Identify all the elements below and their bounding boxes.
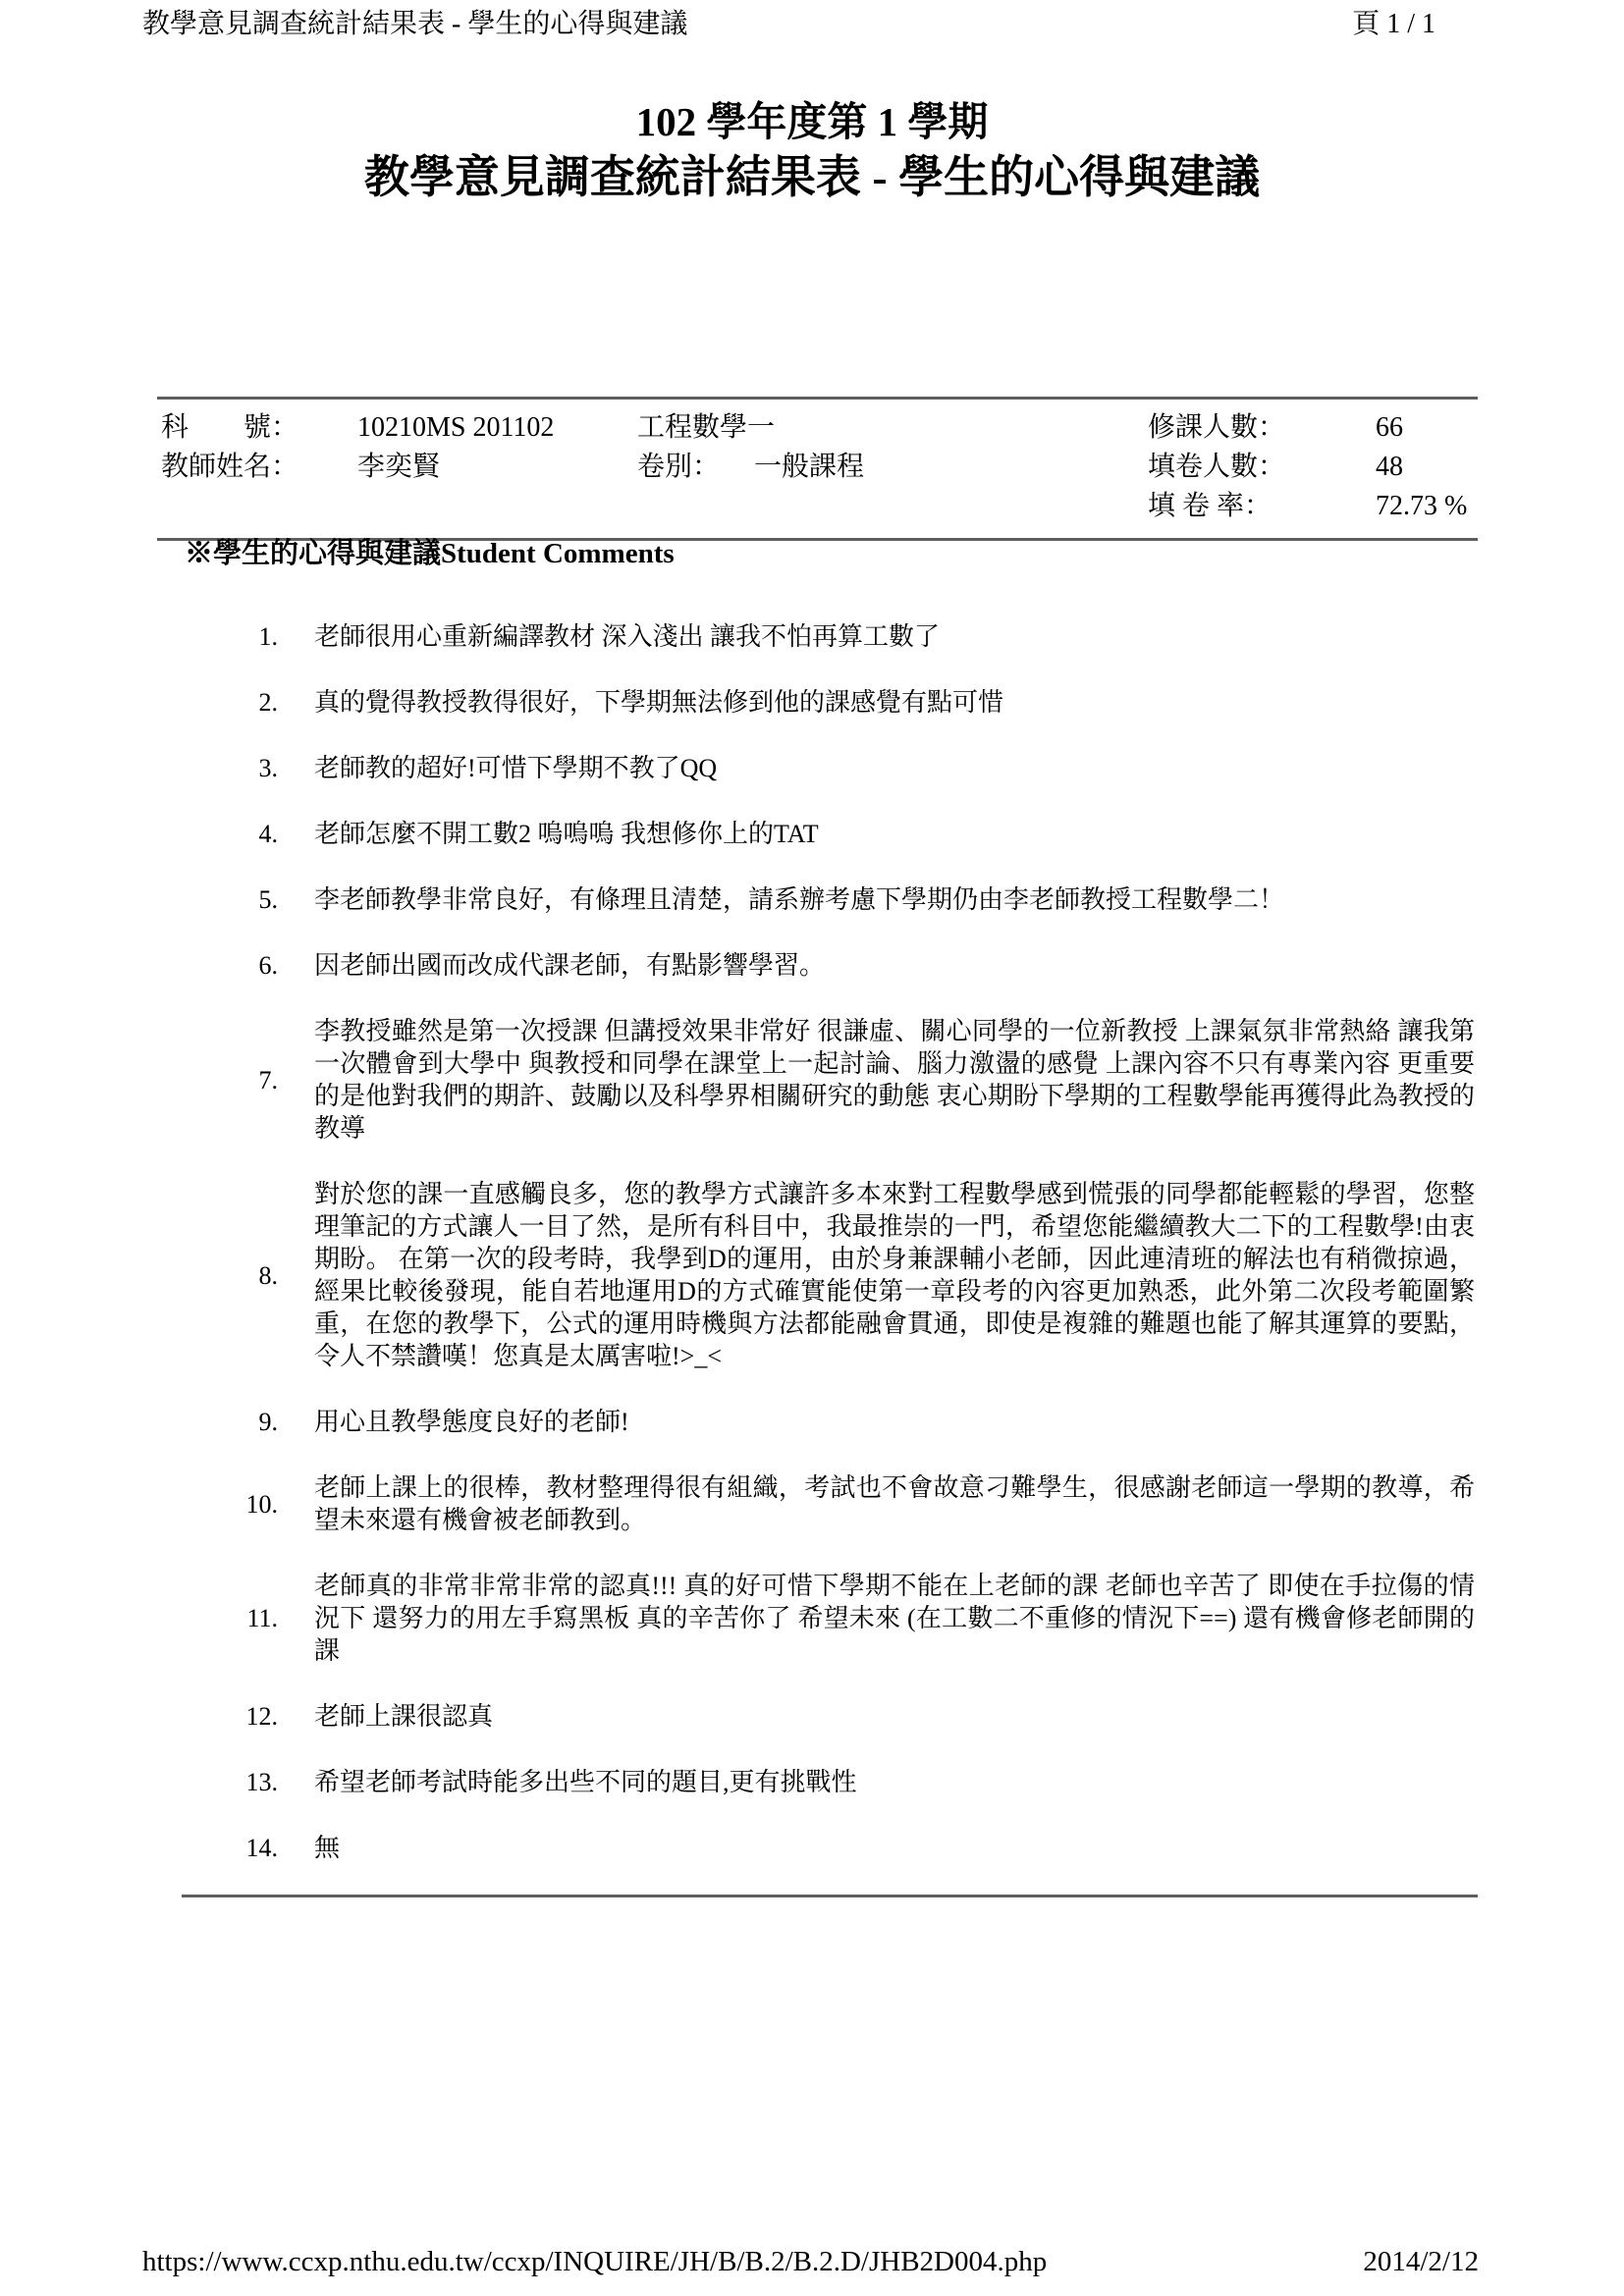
- comment-item: 12. 老師上課很認真: [187, 1700, 1475, 1733]
- comment-text: 因老師出國而改成代課老師，有點影響學習。: [314, 949, 1475, 982]
- comment-number: 7.: [187, 1064, 278, 1096]
- comment-number: 6.: [187, 949, 278, 982]
- comment-number: 9.: [187, 1406, 278, 1438]
- responses-value: 48: [1376, 448, 1478, 487]
- comment-number: 3.: [187, 752, 278, 784]
- spacer-cell: [637, 487, 1148, 526]
- comment-text: 希望老師考試時能多出些不同的題目,更有挑戰性: [314, 1766, 1475, 1798]
- info-row-teacher: 教師姓名： 李奕賢 卷別： 一般課程 填卷人數： 48: [157, 448, 1478, 487]
- comment-item: 4. 老師怎麼不開工數2 嗚嗚嗚 我想修你上的TAT: [187, 818, 1475, 850]
- comment-number: 11.: [187, 1602, 278, 1634]
- comment-item: 11. 老師真的非常非常非常的認真!!! 真的好可惜下學期不能在上老師的課 老師…: [187, 1570, 1475, 1667]
- info-row-rate: 填 卷 率： 72.73 %: [157, 487, 1478, 526]
- response-rate-value: 72.73 %: [1376, 487, 1478, 526]
- comment-item: 9. 用心且教學態度良好的老師!: [187, 1406, 1475, 1438]
- comment-item: 1. 老師很用心重新編譯教材 深入淺出 讓我不怕再算工數了: [187, 620, 1475, 653]
- comment-text: 對於您的課一直感觸良多，您的教學方式讓許多本來對工程數學感到慌張的同學都能輕鬆的…: [314, 1178, 1475, 1372]
- comment-item: 6. 因老師出國而改成代課老師，有點影響學習。: [187, 949, 1475, 982]
- running-header-title: 教學意見調查統計結果表 - 學生的心得與建議: [142, 8, 687, 41]
- course-no-label: 科 號：: [157, 408, 357, 448]
- teacher-name: 李奕賢: [357, 448, 637, 487]
- comment-text: 李教授雖然是第一次授課 但講授效果非常好 很謙虛、關心同學的一位新教授 上課氣氛…: [314, 1015, 1475, 1145]
- section-end-rule: [182, 1895, 1478, 1897]
- source-url: https://www.ccxp.nthu.edu.tw/ccxp/INQUIR…: [142, 2244, 1047, 2279]
- comment-text: 老師怎麼不開工數2 嗚嗚嗚 我想修你上的TAT: [314, 818, 1475, 850]
- page-indicator: 頁 1 / 1: [1352, 8, 1435, 41]
- comment-item: 7. 李教授雖然是第一次授課 但講授效果非常好 很謙虛、關心同學的一位新教授 上…: [187, 1015, 1475, 1145]
- comment-number: 10.: [187, 1488, 278, 1521]
- comment-number: 5.: [187, 883, 278, 916]
- enrolled-value: 66: [1376, 408, 1478, 448]
- comment-item: 2. 真的覺得教授教得很好，下學期無法修到他的課感覺有點可惜: [187, 686, 1475, 719]
- spacer-cell: [157, 487, 357, 526]
- comment-item: 10. 老師上課上的很棒，教材整理得很有組織，考試也不會故意刁難學生，很感謝老師…: [187, 1471, 1475, 1536]
- running-footer: https://www.ccxp.nthu.edu.tw/ccxp/INQUIR…: [142, 2244, 1479, 2279]
- comment-text: 老師很用心重新編譯教材 深入淺出 讓我不怕再算工數了: [314, 620, 1475, 653]
- comment-number: 12.: [187, 1700, 278, 1733]
- responses-label: 填卷人數：: [1148, 448, 1376, 487]
- comment-number: 2.: [187, 686, 278, 719]
- comment-text: 老師真的非常非常非常的認真!!! 真的好可惜下學期不能在上老師的課 老師也辛苦了…: [314, 1570, 1475, 1667]
- comment-text: 老師上課上的很棒，教材整理得很有組織，考試也不會故意刁難學生，很感謝老師這一學期…: [314, 1471, 1475, 1536]
- course-info-table: 科 號： 10210MS 201102 工程數學一 修課人數： 66 教師姓名：…: [157, 397, 1478, 541]
- comment-text: 真的覺得教授教得很好，下學期無法修到他的課感覺有點可惜: [314, 686, 1475, 719]
- spacer-cell: [357, 487, 637, 526]
- comment-item: 8. 對於您的課一直感觸良多，您的教學方式讓許多本來對工程數學感到慌張的同學都能…: [187, 1178, 1475, 1372]
- comment-item: 14. 無: [187, 1832, 1475, 1864]
- survey-type-cell: 卷別： 一般課程: [637, 448, 1148, 487]
- info-row-course: 科 號： 10210MS 201102 工程數學一 修課人數： 66: [157, 408, 1478, 448]
- comments-section-heading: ※學生的心得與建議Student Comments: [185, 536, 675, 571]
- comments-list: 1. 老師很用心重新編譯教材 深入淺出 讓我不怕再算工數了 2. 真的覺得教授教…: [187, 620, 1475, 1897]
- comment-text: 用心且教學態度良好的老師!: [314, 1406, 1475, 1438]
- course-no-value: 10210MS 201102: [357, 408, 637, 448]
- comment-item: 13. 希望老師考試時能多出些不同的題目,更有挑戰性: [187, 1766, 1475, 1798]
- comment-number: 4.: [187, 818, 278, 850]
- survey-type-value: 一般課程: [754, 452, 864, 482]
- teacher-label: 教師姓名：: [157, 448, 357, 487]
- comment-number: 8.: [187, 1259, 278, 1292]
- print-date: 2014/2/12: [1363, 2244, 1479, 2279]
- response-rate-label: 填 卷 率：: [1148, 487, 1376, 526]
- title-semester: 102 學年度第 1 學期: [0, 98, 1624, 145]
- comment-item: 5. 李老師教學非常良好，有條理且清楚，請系辦考慮下學期仍由李老師教授工程數學二…: [187, 883, 1475, 916]
- survey-type-label: 卷別：: [637, 452, 720, 482]
- document-title: 102 學年度第 1 學期 教學意見調查統計結果表 - 學生的心得與建議: [0, 98, 1624, 204]
- report-page: 教學意見調查統計結果表 - 學生的心得與建議 頁 1 / 1 102 學年度第 …: [0, 0, 1624, 2296]
- comment-item: 3. 老師教的超好!可惜下學期不教了QQ: [187, 752, 1475, 784]
- comment-text: 無: [314, 1832, 1475, 1864]
- running-header: 教學意見調查統計結果表 - 學生的心得與建議 頁 1 / 1: [142, 8, 1435, 41]
- enrolled-label: 修課人數：: [1148, 408, 1376, 448]
- comment-number: 13.: [187, 1766, 278, 1798]
- comment-text: 李老師教學非常良好，有條理且清楚，請系辦考慮下學期仍由李老師教授工程數學二！: [314, 883, 1475, 916]
- title-report-name: 教學意見調查統計結果表 - 學生的心得與建議: [0, 151, 1624, 204]
- comment-text: 老師教的超好!可惜下學期不教了QQ: [314, 752, 1475, 784]
- comment-number: 1.: [187, 620, 278, 653]
- course-name: 工程數學一: [637, 408, 1148, 448]
- comment-number: 14.: [187, 1832, 278, 1864]
- comment-text: 老師上課很認真: [314, 1700, 1475, 1733]
